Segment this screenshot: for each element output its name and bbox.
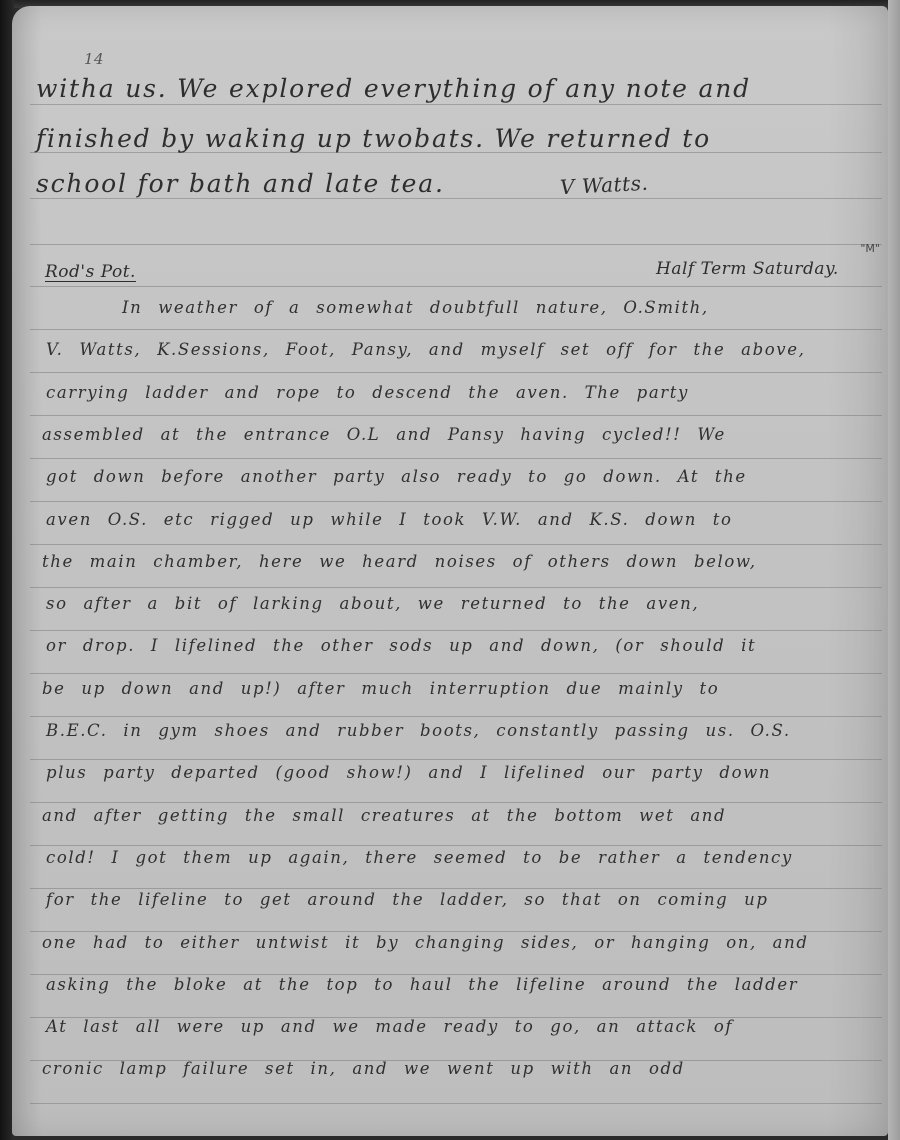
entry-line: cronic lamp failure set in, and we went … <box>42 1059 685 1078</box>
ruled-line <box>30 716 882 717</box>
signature: V Watts. <box>559 171 648 200</box>
ruled-line <box>30 244 882 245</box>
entry-line: B.E.C. in gym shoes and rubber boots, co… <box>46 721 791 740</box>
entry-title: Rod's Pot. <box>45 262 136 282</box>
ruled-line <box>30 501 882 502</box>
ruled-line <box>30 888 882 889</box>
ruled-line <box>30 198 882 199</box>
entry-line: one had to either untwist it by changing… <box>42 933 809 952</box>
ruled-line <box>30 802 882 803</box>
ruled-line <box>30 104 882 105</box>
continuation-line: witha us. We explored everything of any … <box>36 74 751 103</box>
ruled-line <box>30 1103 882 1104</box>
continuation-line: school for bath and late tea. <box>36 169 445 198</box>
entry-line: or drop. I lifelined the other sods up a… <box>46 636 756 655</box>
entry-line: assembled at the entrance O.L and Pansy … <box>42 425 726 444</box>
ruled-line <box>30 372 882 373</box>
entry-line: plus party departed (good show!) and I l… <box>46 763 771 782</box>
ruled-line <box>30 845 882 846</box>
entry-line: so after a bit of larking about, we retu… <box>46 594 699 613</box>
ruled-line <box>30 329 882 330</box>
page-edge <box>888 0 900 1140</box>
entry-line: got down before another party also ready… <box>46 467 747 486</box>
entry-line: At last all were up and we made ready to… <box>46 1017 733 1036</box>
entry-line: the main chamber, here we heard noises o… <box>42 552 757 571</box>
entry-line: asking the bloke at the top to haul the … <box>46 975 798 994</box>
entry-line: be up down and up!) after much interrupt… <box>42 679 719 698</box>
ruled-line <box>30 587 882 588</box>
entry-line: cold! I got them up again, there seemed … <box>46 848 793 867</box>
entry-line: and after getting the small creatures at… <box>42 806 726 825</box>
ruled-line <box>30 673 882 674</box>
entry-line: V. Watts, K.Sessions, Foot, Pansy, and m… <box>46 340 805 359</box>
notebook-page: 14 witha us. We explored everything of a… <box>12 6 888 1136</box>
ruled-line <box>30 630 882 631</box>
page-number: 14 <box>84 50 104 68</box>
ruled-line <box>30 415 882 416</box>
entry-line: carrying ladder and rope to descend the … <box>46 383 689 402</box>
continuation-line: finished by waking up twobats. We return… <box>36 124 711 153</box>
ruled-line <box>30 458 882 459</box>
entry-line: In weather of a somewhat doubtfull natur… <box>122 298 709 317</box>
ruled-line <box>30 544 882 545</box>
ruled-line <box>30 286 882 287</box>
notebook-scan: 14 witha us. We explored everything of a… <box>0 0 900 1140</box>
entry-line: aven O.S. etc rigged up while I took V.W… <box>46 510 733 529</box>
ruled-line <box>30 931 882 932</box>
margin-mark: "M" <box>860 242 880 255</box>
entry-line: for the lifeline to get around the ladde… <box>46 890 769 909</box>
ruled-line <box>30 759 882 760</box>
entry-date: Half Term Saturday. <box>656 259 839 279</box>
